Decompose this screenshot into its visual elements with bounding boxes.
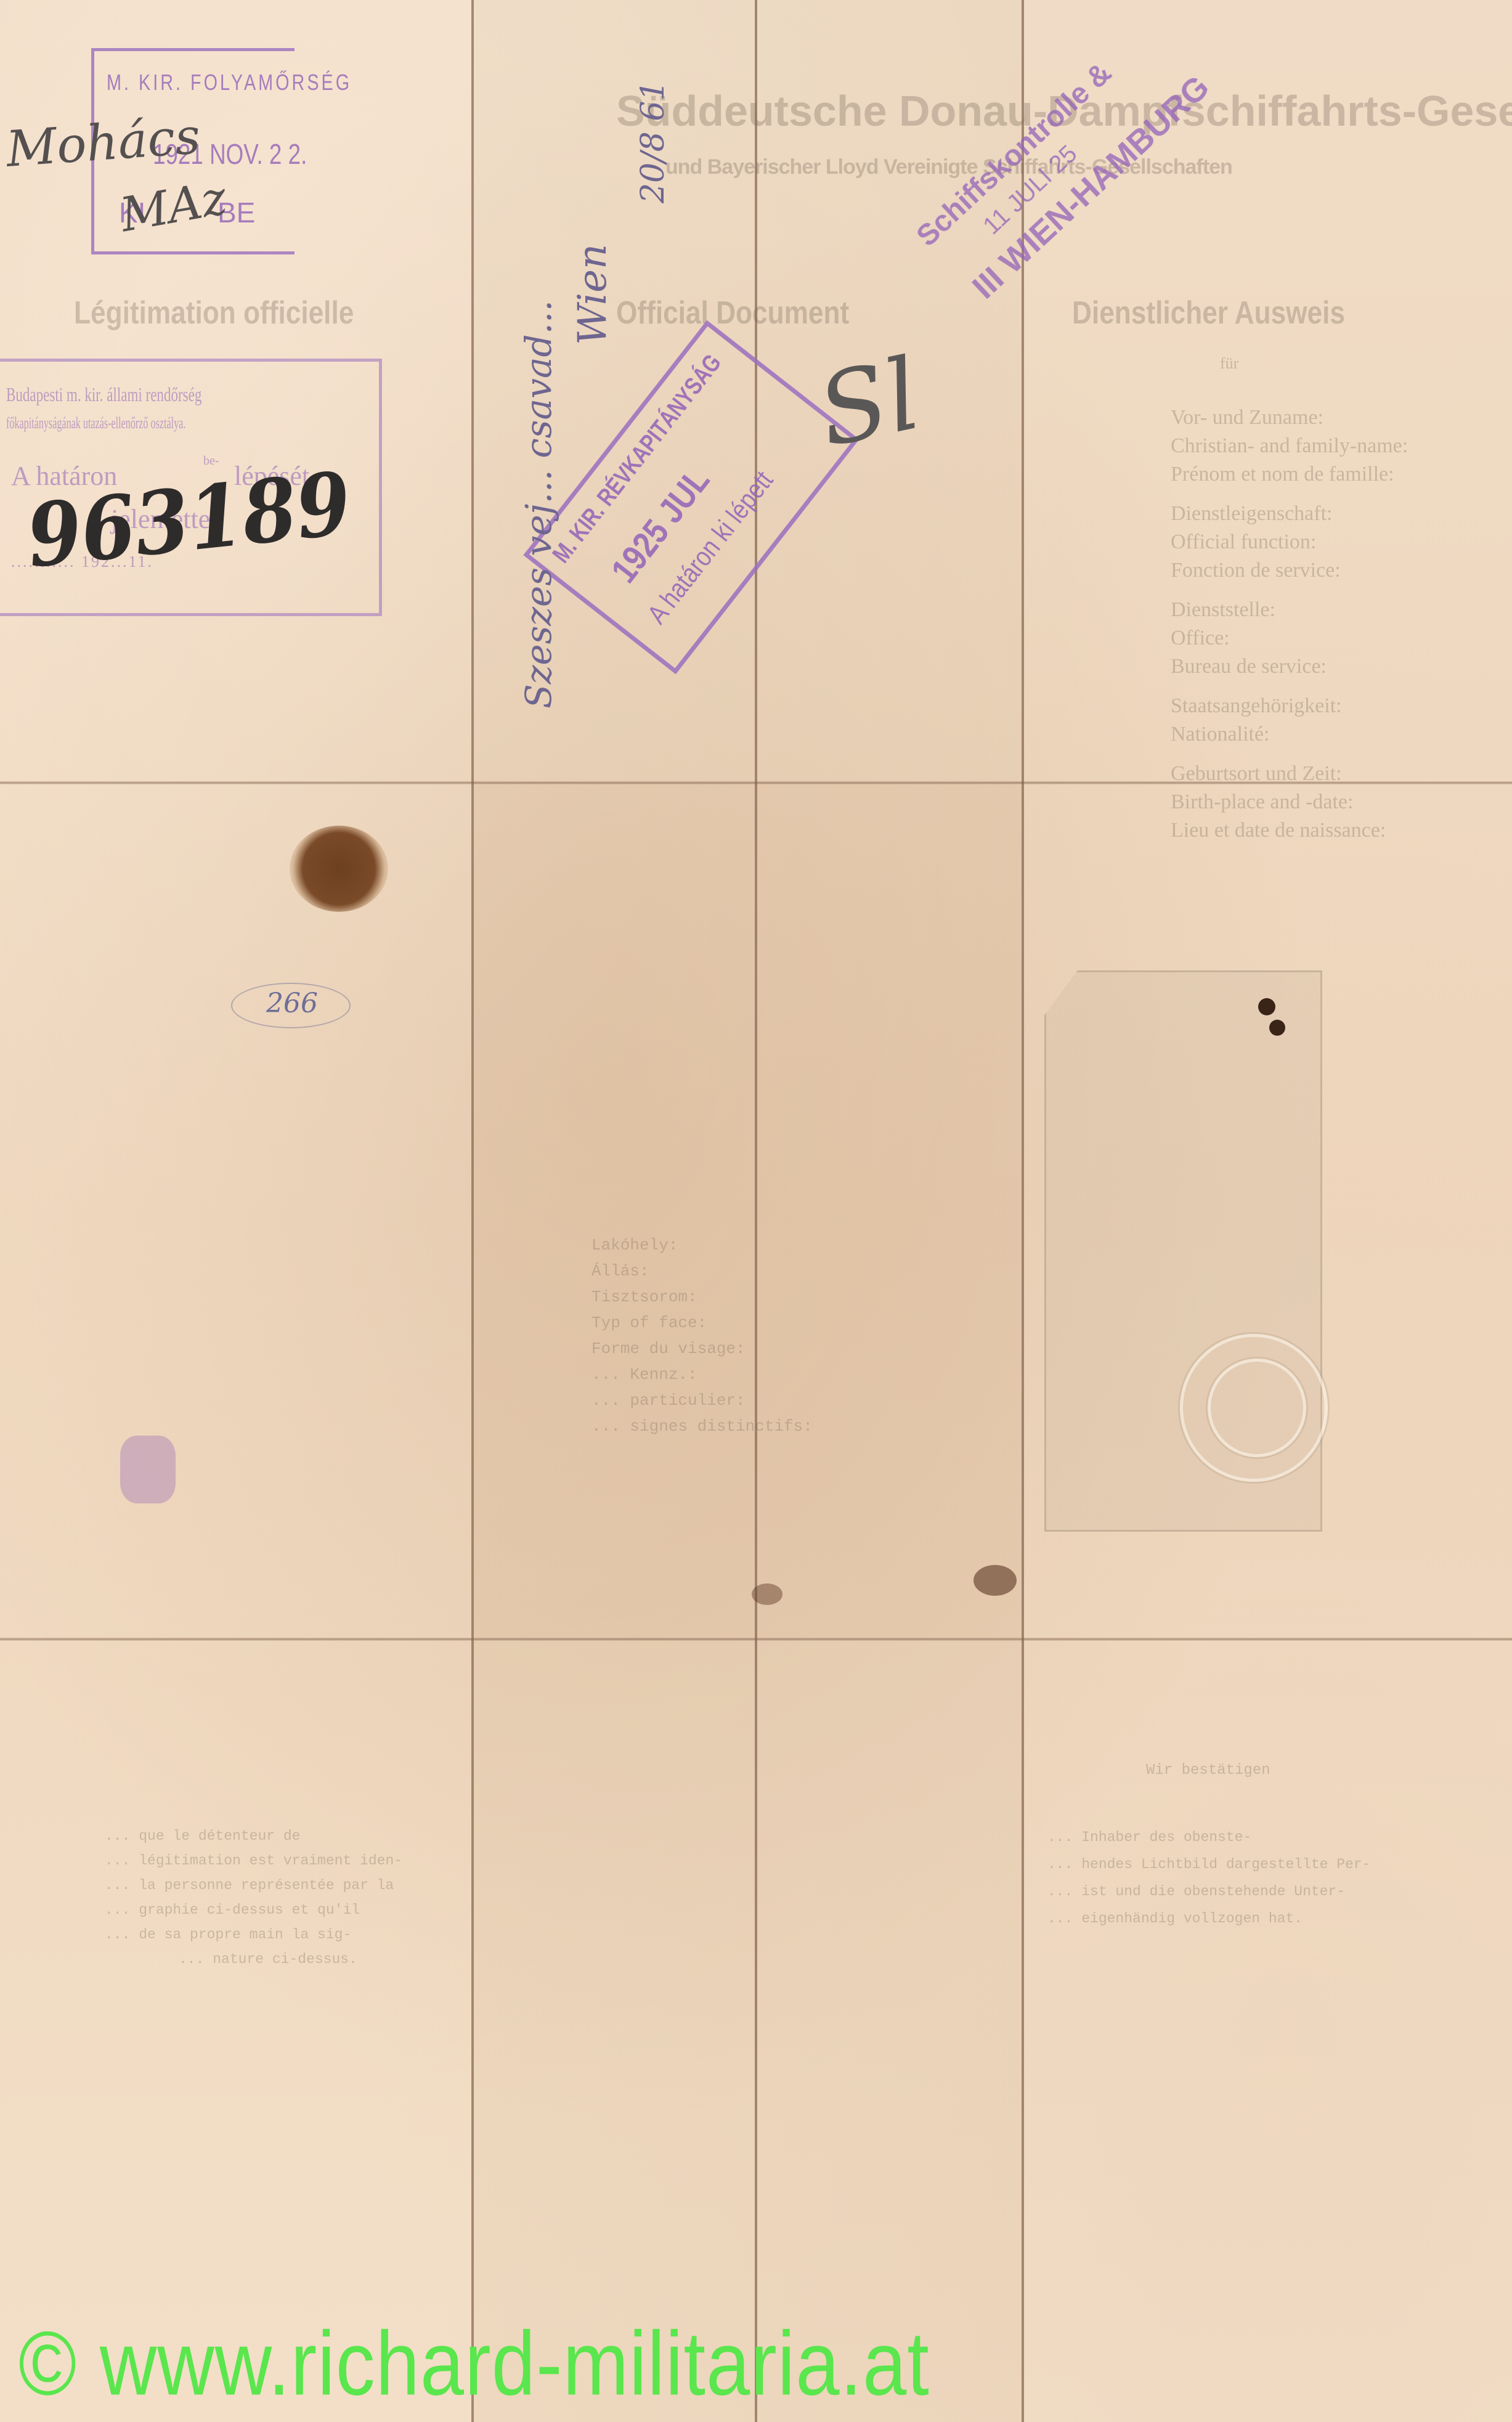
handwritten-vertical-note-1: Szeszes vej... csavad... — [518, 300, 559, 709]
text-line: ... légitimation est vraiment iden- — [105, 1848, 450, 1873]
field-label: ... signes distinctifs: — [591, 1413, 752, 1439]
german-declaration-heading: Wir bestätigen — [1146, 1762, 1270, 1779]
field-label: Christian- and family-name: — [1171, 432, 1442, 460]
text-line: ... Inhaber des obenste- — [1047, 1824, 1429, 1851]
fold-line-vertical-3 — [1022, 0, 1024, 2422]
text-line: ... eigenhändig vollzogen hat. — [1047, 1905, 1429, 1932]
title-english: Official Document — [616, 295, 849, 331]
field-label: Prénom et nom de famille: — [1171, 460, 1442, 489]
field-label: Typ of face: — [591, 1310, 752, 1336]
title-german: Dienstlicher Ausweis — [1072, 295, 1345, 331]
field-label: Nationalité: — [1171, 720, 1442, 749]
handwritten-vertical-note-wien: Wien — [570, 244, 616, 345]
field-label: Office: — [1171, 624, 1442, 652]
stamp-police-line1: Budapesti m. kir. állami rendőrség — [6, 383, 201, 406]
burn-hole — [1258, 998, 1275, 1015]
tanned-panel-lower — [473, 1639, 1023, 2422]
field-label: Vor- und Zuname: — [1171, 404, 1442, 432]
field-label: Lieu et date de naissance: — [1171, 816, 1442, 845]
field-label: Tisztsorom: — [591, 1284, 752, 1310]
field-label: Birth-place and -date: — [1171, 788, 1442, 816]
text-line: ... que le détenteur de — [105, 1824, 450, 1848]
field-label: ... particulier: — [591, 1388, 752, 1413]
text-line: ... graphie ci-dessus et qu'il — [105, 1898, 450, 1922]
fold-line-vertical-1 — [471, 0, 474, 2422]
text-line: ... de sa propre main la sig- — [105, 1922, 450, 1947]
french-declaration-text: ... que le détenteur de ... légitimation… — [105, 1824, 450, 1972]
form-fields-middle: Lakóhely: Állás: Tisztsorom: Typ of face… — [591, 1232, 752, 1439]
stain-spot — [973, 1565, 1017, 1596]
embossed-seal-inner — [1208, 1359, 1306, 1457]
form-fields-right: Vor- und Zuname: Christian- and family-n… — [1171, 404, 1442, 845]
stamp-police-line2: főkapitányságának utazás-ellenőrző osztá… — [6, 414, 185, 433]
text-line: ... hendes Lichtbild dargestellte Per- — [1047, 1851, 1429, 1878]
violet-stamp-smudge — [120, 1436, 176, 1503]
field-label: Fonction de service: — [1171, 556, 1442, 585]
field-label: Official function: — [1171, 528, 1442, 556]
fold-line-horizontal-2 — [0, 1638, 1512, 1641]
text-line: ... ist und die obenstehende Unter- — [1047, 1878, 1429, 1905]
title-fuer: für — [1220, 354, 1238, 373]
field-label: Geburtsort und Zeit: — [1171, 760, 1442, 788]
field-label: ... Kennz.: — [591, 1362, 752, 1388]
field-label: Állás: — [591, 1258, 752, 1284]
rust-stain-spot — [290, 826, 388, 912]
field-label: Bureau de service: — [1171, 652, 1442, 681]
field-label: Forme du visage: — [591, 1336, 752, 1362]
circled-number: 266 — [231, 983, 351, 1028]
text-line: ... la personne représentée par la — [105, 1873, 450, 1898]
burn-hole — [1269, 1020, 1285, 1036]
text-line: ... nature ci-dessus. — [105, 1947, 450, 1972]
circled-number-text: 266 — [266, 988, 318, 1019]
handwritten-vertical-numbers: 20/8 61 — [635, 81, 672, 203]
field-label: Staatsangehörigkeit: — [1171, 692, 1442, 720]
tanned-panel-middle — [473, 782, 1023, 1639]
title-french: Légitimation officielle — [74, 295, 354, 331]
field-label: Lakóhely: — [591, 1232, 752, 1258]
german-declaration-text: ... Inhaber des obenste- ... hendes Lich… — [1047, 1824, 1429, 1932]
stain-spot — [752, 1583, 782, 1605]
copyright-watermark: © www.richard-militaria.at — [18, 2312, 930, 2416]
stamp-folyamorseg-title: M. KIR. FOLYAMŐRSÉG — [107, 70, 352, 95]
field-label: Dienststelle: — [1171, 596, 1442, 624]
field-label: Dienstleigenschaft: — [1171, 500, 1442, 528]
